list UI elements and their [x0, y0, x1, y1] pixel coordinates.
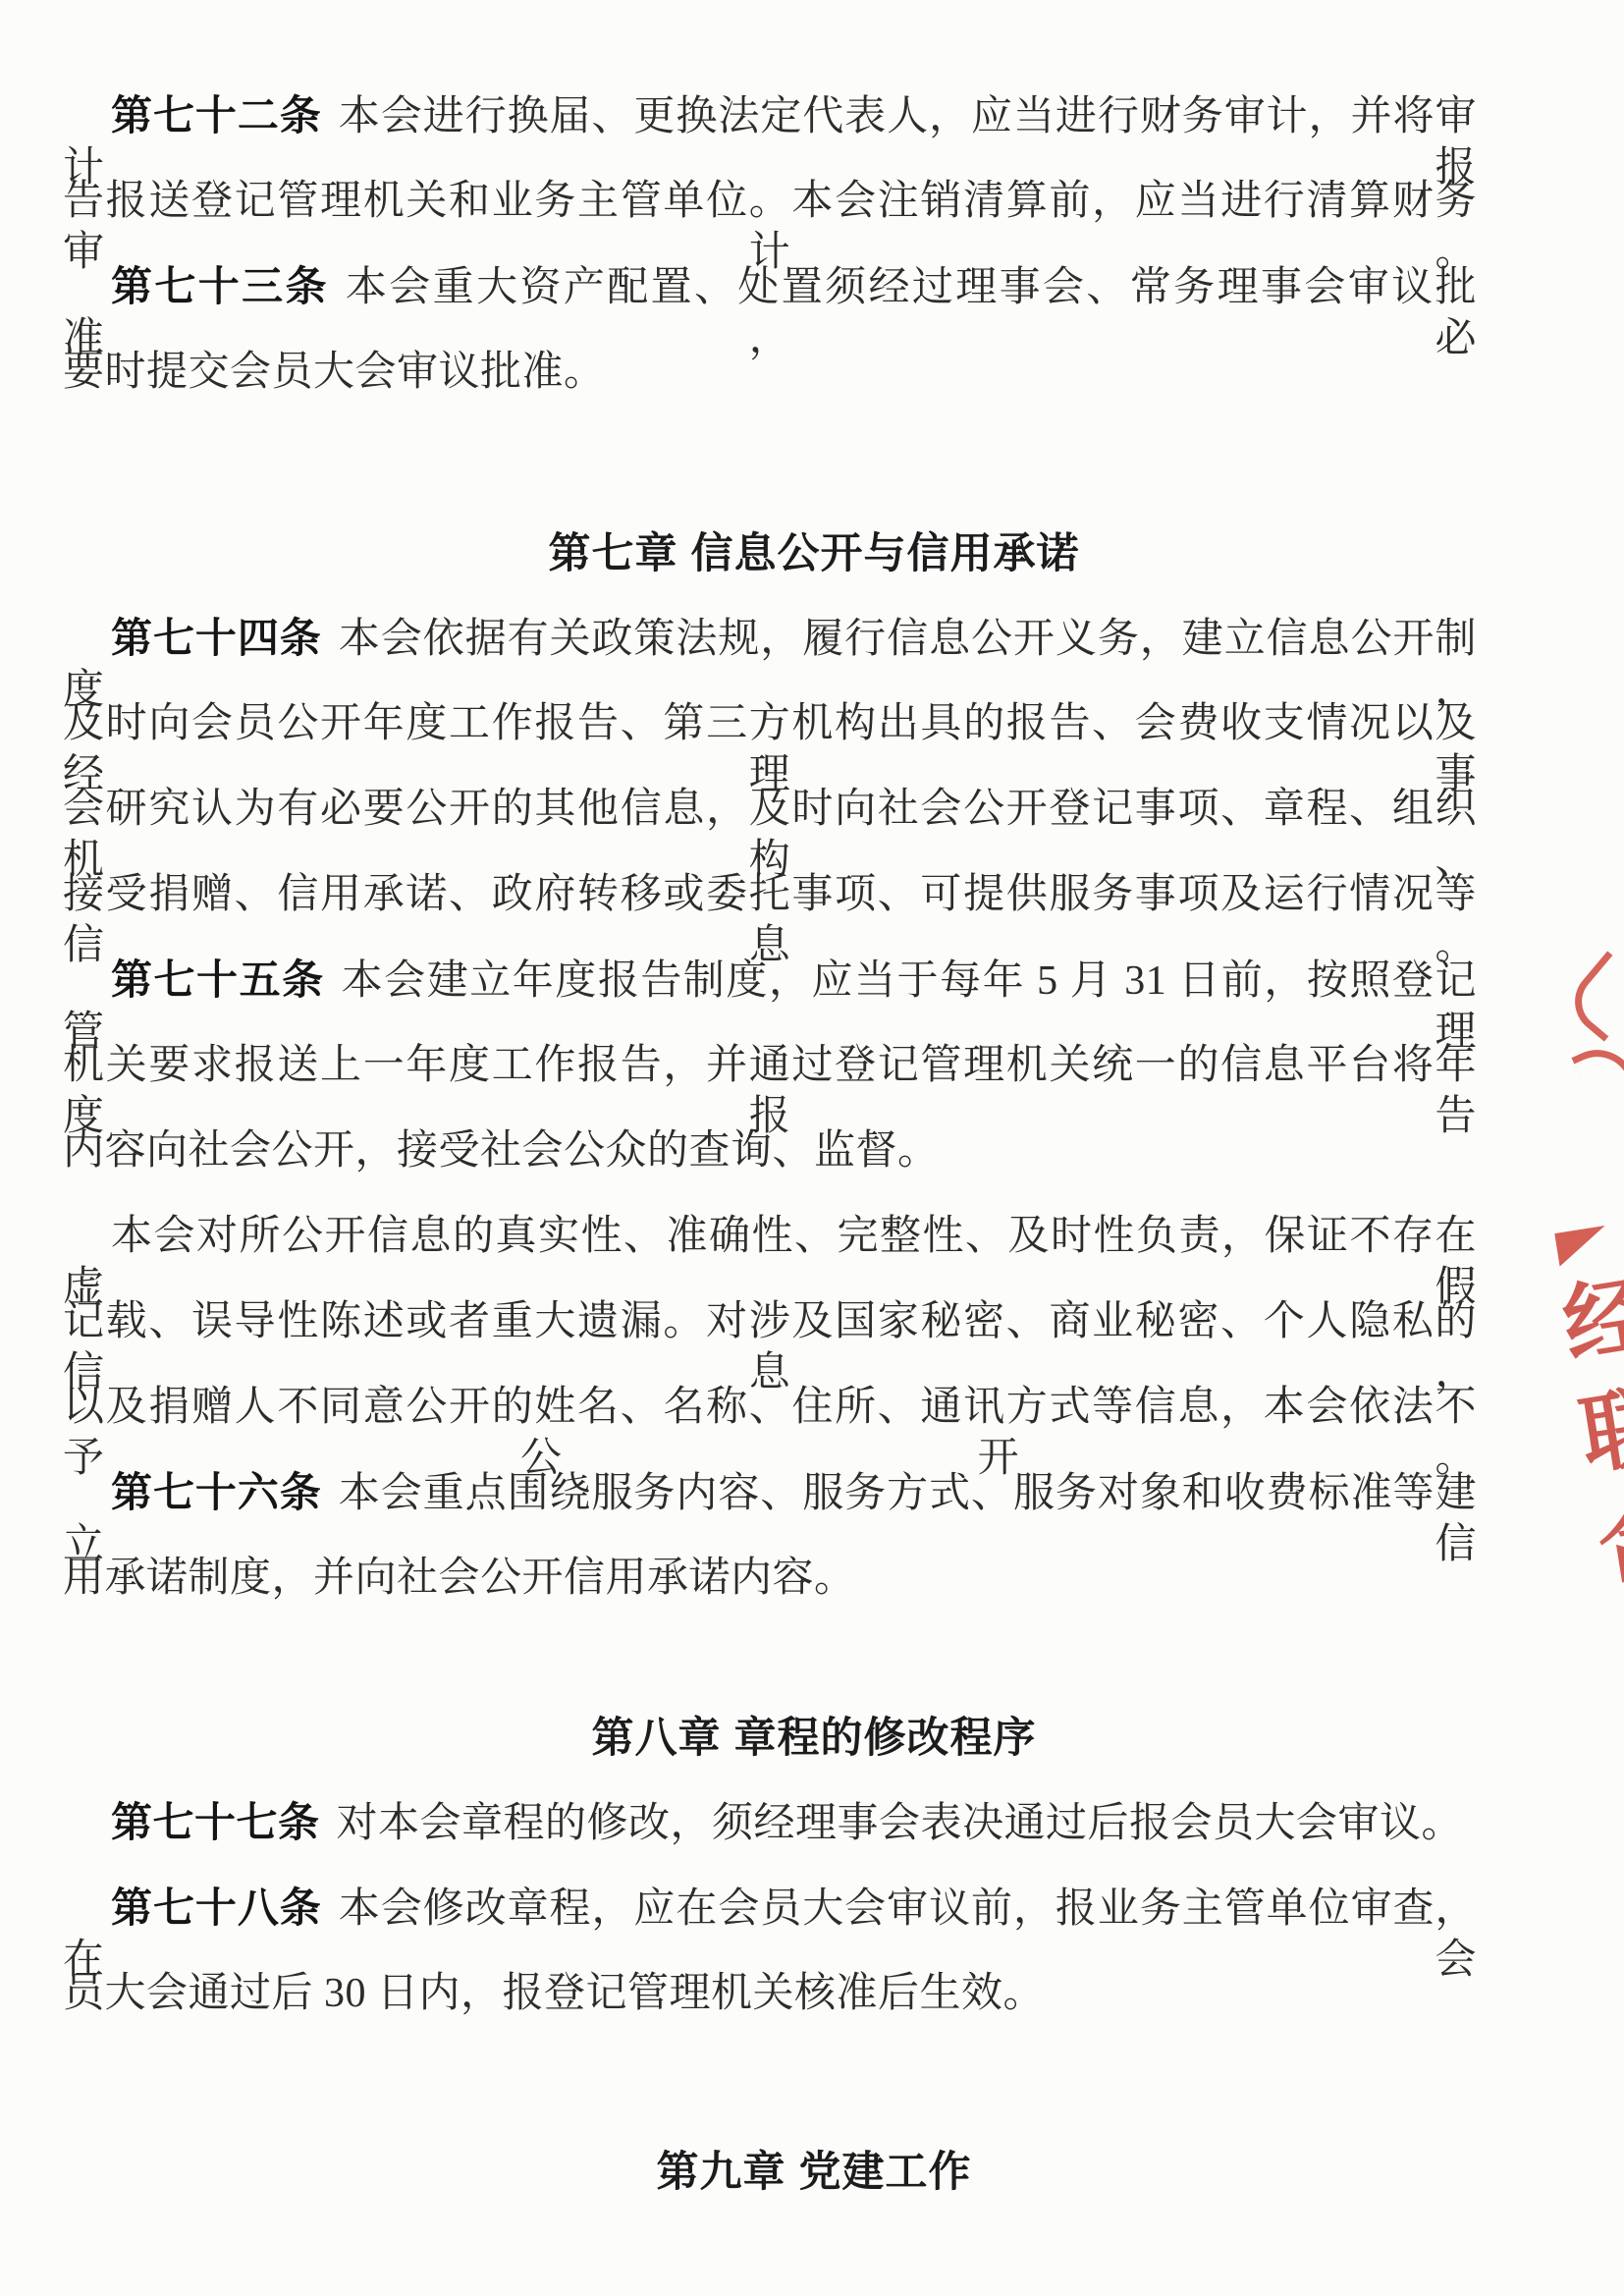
paragraph-line: 以及捐赠人不同意公开的姓名、名称、住所、通讯方式等信息，本会依法不予公开。	[63, 1382, 1477, 1467]
article-number: 第七十八条	[111, 1885, 322, 1931]
paragraph-line: 会研究认为有必要公开的其他信息，及时向社会公开登记事项、章程、组织机构、	[63, 784, 1477, 869]
article-number: 第七十四条	[111, 615, 322, 661]
article-number: 第七十五条	[111, 957, 325, 1003]
line-text: 要时提交会员大会审议批准。	[63, 350, 606, 395]
chapter-heading: 第九章 党建工作	[107, 2146, 1521, 2231]
article-number: 第七十二条	[111, 92, 322, 138]
paragraph-line: 及时向会员公开年度工作报告、第三方机构出具的报告、会费收支情况以及经理事	[63, 698, 1477, 784]
seal-stamp-stroke-fragment	[1561, 951, 1624, 1042]
document-page: 第七十二条本会进行换届、更换法定代表人，应当进行财务审计，并将审计报 告报送登记…	[0, 0, 1624, 2296]
paragraph-line: 第七十七条对本会章程的修改，须经理事会表决通过后报会员大会审议。	[63, 1797, 1477, 1883]
paragraph-line: 第七十四条本会依据有关政策法规，履行信息公开义务，建立信息公开制度，	[63, 613, 1477, 698]
line-text: 用承诺制度，并向社会公开信用承诺内容。	[63, 1556, 856, 1601]
line-text: 内容向社会公开，接受社会公众的查询、监督。	[63, 1128, 940, 1174]
chapter-heading: 第七章 信息公开与信用承诺	[107, 527, 1521, 613]
paragraph-line: 接受捐赠、信用承诺、政府转移或委托事项、可提供服务事项及运行情况等信息。	[63, 869, 1477, 955]
article-number: 第七十七条	[111, 1799, 320, 1845]
paragraph-line: 第七十二条本会进行换届、更换法定代表人，应当进行财务审计，并将审计报	[63, 90, 1477, 176]
paragraph-line: 记载、误导性陈述或者重大遗漏。对涉及国家秘密、商业秘密、个人隐私的信息，	[63, 1296, 1477, 1382]
line-text: 员大会通过后 30 日内，报登记管理机关核准后生效。	[63, 1971, 1045, 2016]
article-number: 第七十三条	[111, 263, 329, 309]
paragraph-line: 第七十五条本会建立年度报告制度，应当于每年 5 月 31 日前，按照登记管理	[63, 955, 1477, 1040]
document-content: 第七十二条本会进行换届、更换法定代表人，应当进行财务审计，并将审计报 告报送登记…	[63, 90, 1477, 2231]
paragraph-line: 本会对所公开信息的真实性、准确性、完整性、及时性负责，保证不存在虚假	[63, 1211, 1477, 1296]
seal-stamp-triangle-icon	[1554, 1226, 1610, 1267]
paragraph-line: 第七十六条本会重点围绕服务内容、服务方式、服务对象和收费标准等建立信	[63, 1467, 1477, 1553]
seal-stamp-stroke-fragment	[1571, 1037, 1624, 1114]
seal-stamp-text: 经联合	[1548, 1268, 1624, 1669]
paragraph-line: 第七十三条本会重大资产配置、处置须经过理事会、常务理事会审议批准，必	[63, 261, 1477, 347]
paragraph-line: 第七十八条本会修改章程，应在会员大会审议前，报业务主管单位审查，在会	[63, 1883, 1477, 1968]
seal-stamp-fragment: 经联合	[1541, 1222, 1624, 1721]
paragraph-line: 机关要求报送上一年度工作报告，并通过登记管理机关统一的信息平台将年度报告	[63, 1040, 1477, 1125]
line-text: 对本会章程的修改，须经理事会表决通过后报会员大会审议。	[337, 1801, 1464, 1846]
chapter-heading: 第八章 章程的修改程序	[107, 1712, 1521, 1797]
paragraph-line: 告报送登记管理机关和业务主管单位。本会注销清算前，应当进行清算财务审计。	[63, 176, 1477, 261]
article-number: 第七十六条	[111, 1469, 322, 1515]
